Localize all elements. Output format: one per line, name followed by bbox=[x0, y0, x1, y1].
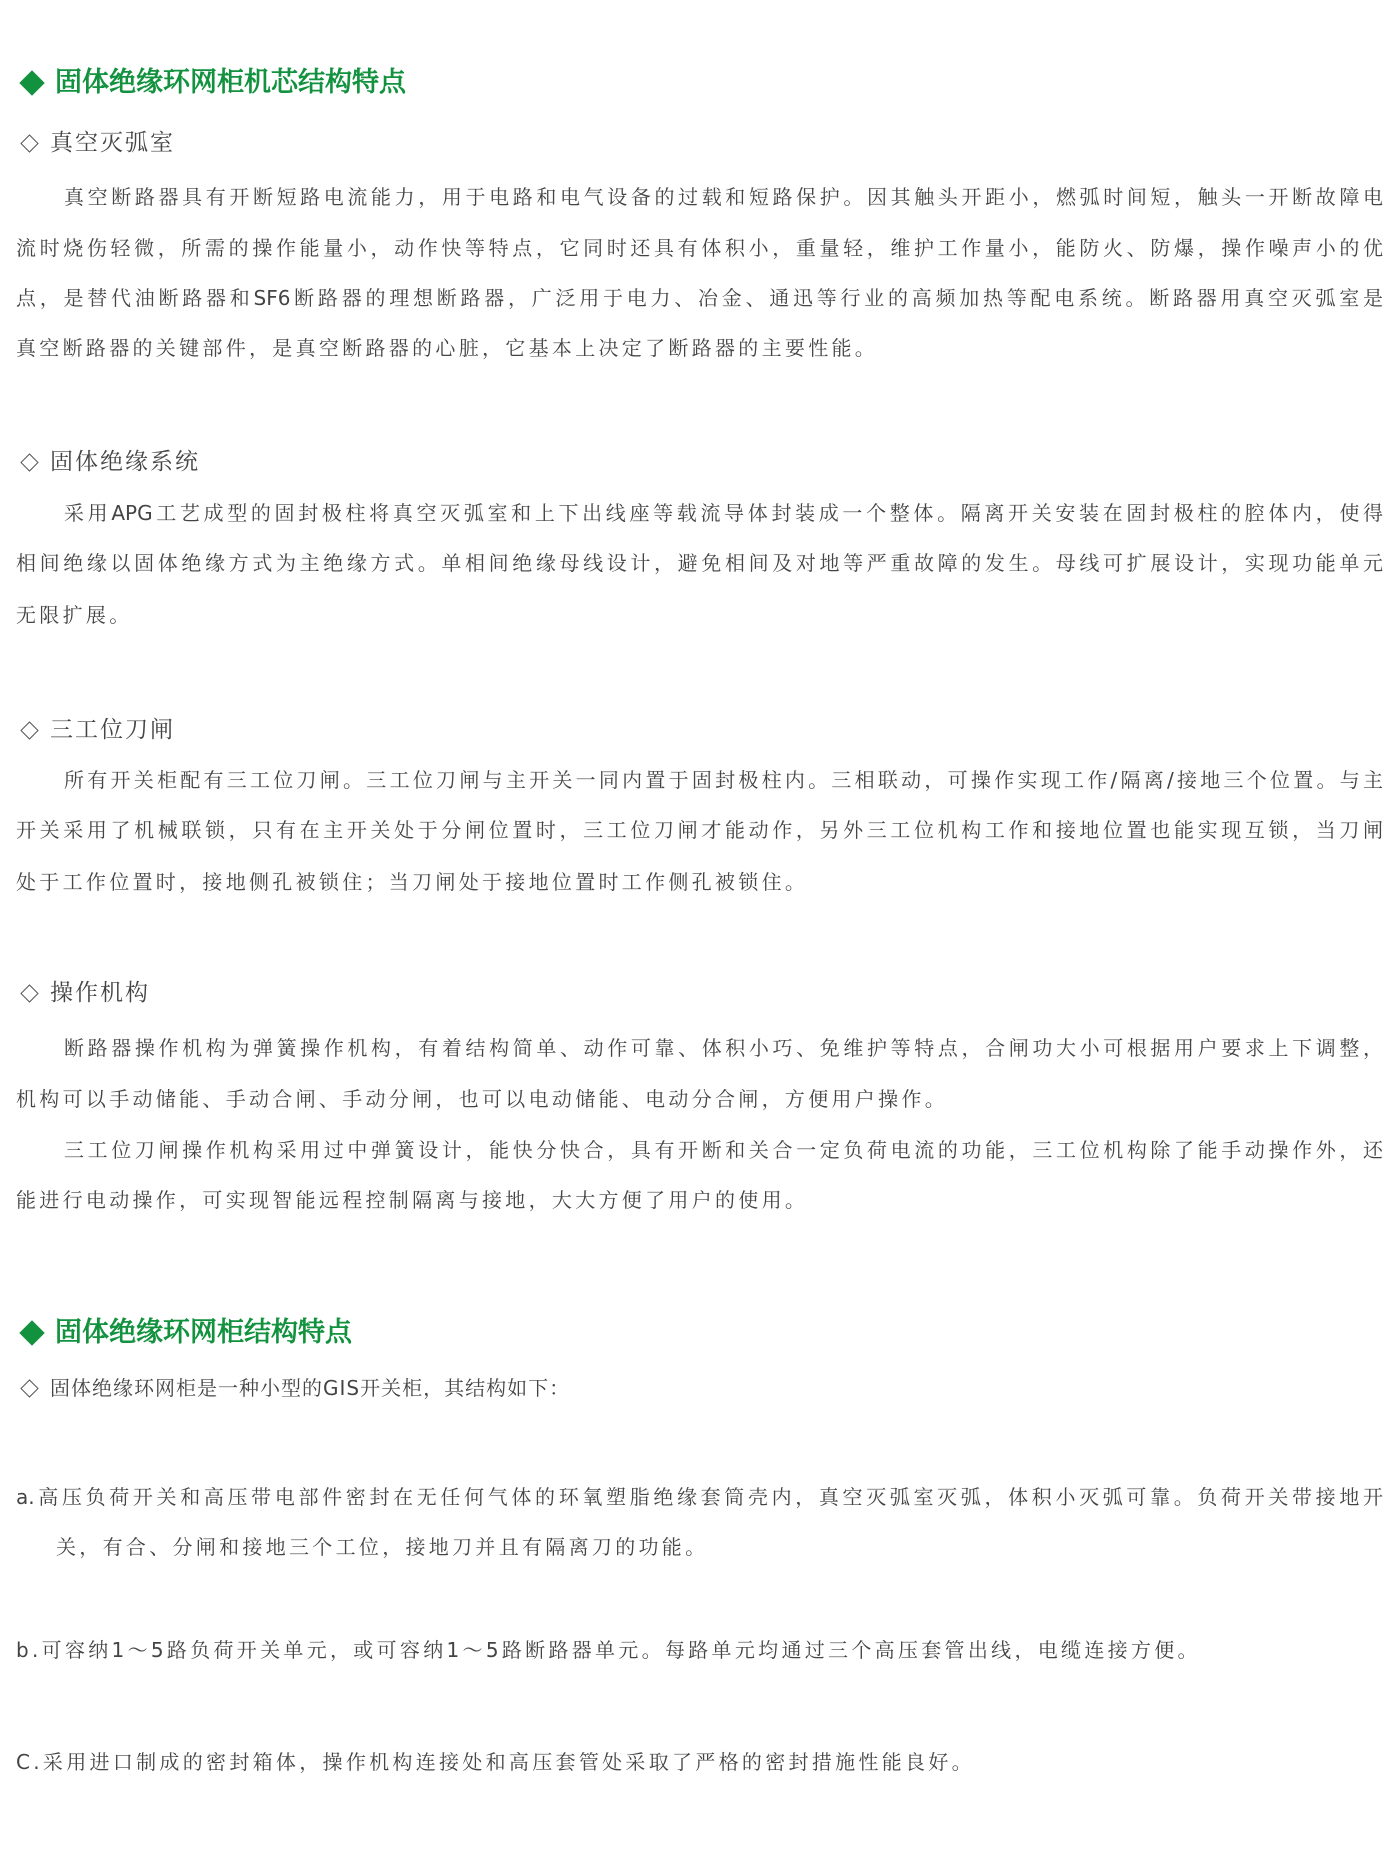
paragraph-line: 机构可以手动储能、手动合闸、手动分闸，也可以电动储能、电动分合闸，方便用户操作。 bbox=[16, 1083, 1383, 1115]
intro-text: 固体绝缘环网柜是一种小型的GIS开关柜，其结构如下： bbox=[50, 1372, 570, 1404]
paragraph-line: 点，是替代油断路器和SF6断路器的理想断路器，广泛用于电力、冶金、通迅等行业的高… bbox=[16, 282, 1383, 314]
list-item-c-line: C.采用进口制成的密封箱体，操作机构连接处和高压套管处采取了严格的密封措施性能良… bbox=[16, 1746, 1383, 1778]
paragraph-line: 能进行电动操作，可实现智能远程控制隔离与接地，大大方便了用户的使用。 bbox=[16, 1184, 1383, 1216]
hollow-diamond-icon bbox=[20, 984, 38, 1002]
filled-diamond-icon bbox=[19, 1320, 44, 1345]
subheading-solid-insulation-system: 固体绝缘系统 bbox=[20, 444, 200, 480]
paragraph-line: 采用APG工艺成型的固封极柱将真空灭弧室和上下出线座等载流导体封装成一个整体。隔… bbox=[16, 497, 1383, 529]
section-intro: 固体绝缘环网柜是一种小型的GIS开关柜，其结构如下： bbox=[20, 1372, 570, 1404]
paragraph-line: 断路器操作机构为弹簧操作机构，有着结构简单、动作可靠、体积小巧、免维护等特点，合… bbox=[16, 1032, 1383, 1064]
paragraph-line: 真空断路器的关键部件，是真空断路器的心脏，它基本上决定了断路器的主要性能。 bbox=[16, 332, 1383, 364]
list-item-b-line: b.可容纳1～5路负荷开关单元，或可容纳1～5路断路器单元。每路单元均通过三个高… bbox=[16, 1634, 1383, 1666]
filled-diamond-icon bbox=[19, 70, 44, 95]
paragraph-line: 处于工作位置时，接地侧孔被锁住；当刀闸处于接地位置时工作侧孔被锁住。 bbox=[16, 866, 1383, 898]
paragraph-line: 真空断路器具有开断短路电流能力，用于电路和电气设备的过载和短路保护。因其触头开距… bbox=[16, 181, 1383, 213]
subheading-text: 固体绝缘系统 bbox=[50, 444, 200, 480]
hollow-diamond-icon bbox=[20, 721, 38, 739]
section-title-core-structure: 固体绝缘环网柜机芯结构特点 bbox=[20, 63, 406, 103]
subheading-text: 真空灭弧室 bbox=[50, 125, 175, 161]
list-item-a-line: a.高压负荷开关和高压带电部件密封在无任何气体的环氧塑脂绝缘套筒壳内，真空灭弧室… bbox=[16, 1481, 1383, 1513]
section-title-text: 固体绝缘环网柜结构特点 bbox=[55, 1313, 352, 1353]
list-item-a-line: 关，有合、分闸和接地三个工位，接地刀并且有隔离刀的功能。 bbox=[16, 1531, 1383, 1563]
paragraph-line: 无限扩展。 bbox=[16, 599, 1383, 631]
subheading-operating-mechanism: 操作机构 bbox=[20, 975, 150, 1011]
section-title-text: 固体绝缘环网柜机芯结构特点 bbox=[55, 63, 406, 103]
hollow-diamond-icon bbox=[20, 1379, 38, 1397]
subheading-text: 操作机构 bbox=[50, 975, 150, 1011]
hollow-diamond-icon bbox=[20, 134, 38, 152]
section-title-cabinet-structure: 固体绝缘环网柜结构特点 bbox=[20, 1313, 352, 1353]
paragraph-line: 开关采用了机械联锁，只有在主开关处于分闸位置时，三工位刀闸才能动作，另外三工位机… bbox=[16, 814, 1383, 846]
paragraph-line: 相间绝缘以固体绝缘方式为主绝缘方式。单相间绝缘母线设计，避免相间及对地等严重故障… bbox=[16, 547, 1383, 579]
paragraph-line: 所有开关柜配有三工位刀闸。三工位刀闸与主开关一同内置于固封极柱内。三相联动，可操… bbox=[16, 764, 1383, 796]
subheading-three-position-switch: 三工位刀闸 bbox=[20, 712, 175, 748]
hollow-diamond-icon bbox=[20, 453, 38, 471]
subheading-text: 三工位刀闸 bbox=[50, 712, 175, 748]
subheading-vacuum-interrupter: 真空灭弧室 bbox=[20, 125, 175, 161]
paragraph-line: 三工位刀闸操作机构采用过中弹簧设计，能快分快合，具有开断和关合一定负荷电流的功能… bbox=[16, 1134, 1383, 1166]
paragraph-line: 流时烧伤轻微，所需的操作能量小，动作快等特点，它同时还具有体积小，重量轻，维护工… bbox=[16, 232, 1383, 264]
